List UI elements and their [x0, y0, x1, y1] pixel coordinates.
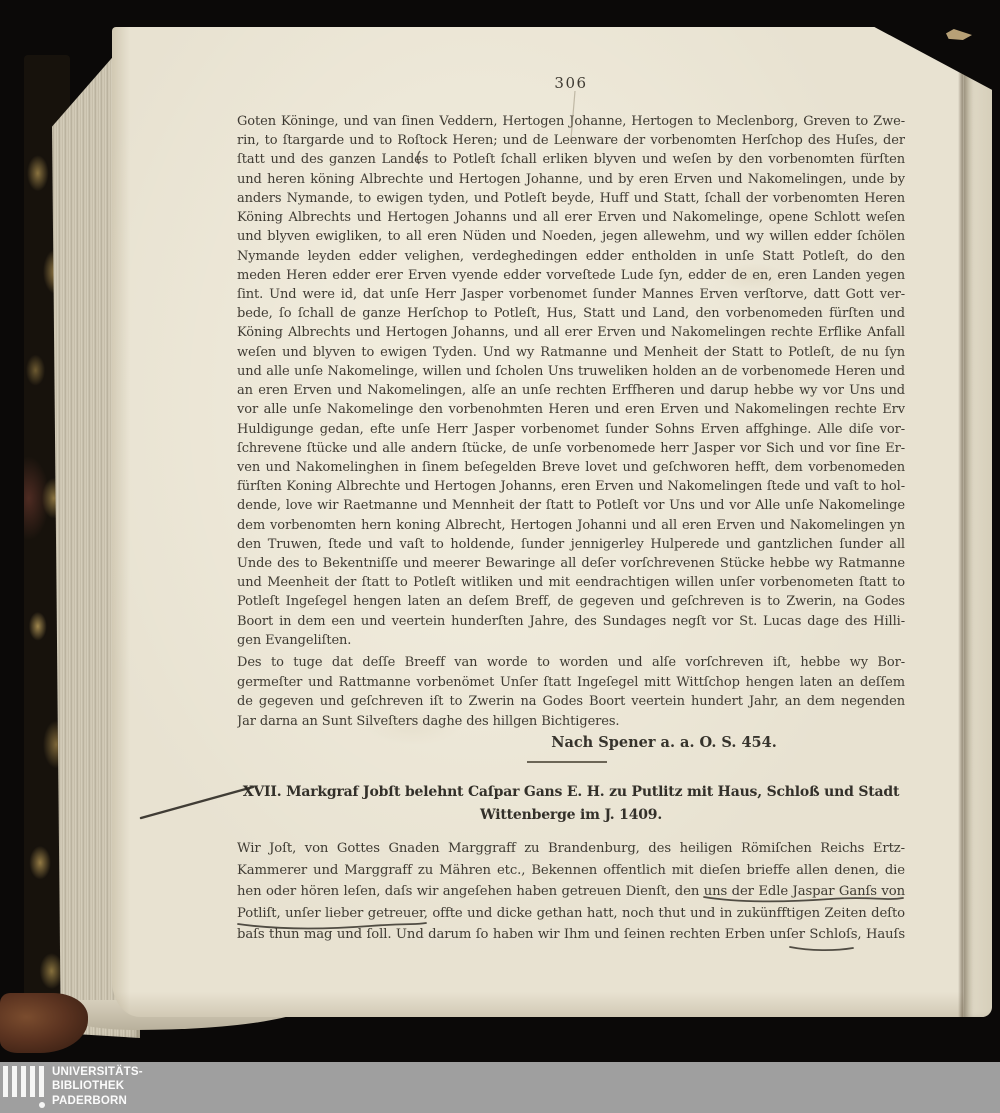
library-name: UNIVERSITÄTS-BIBLIOTHEKPADERBORN	[52, 1065, 143, 1108]
logo-bars-icon	[3, 1066, 44, 1097]
section-heading-line2: Wittenberge im J. 1409.	[237, 804, 905, 827]
library-watermark-band: UNIVERSITÄTS-BIBLIOTHEKPADERBORN	[0, 1062, 1000, 1113]
text-line: weſen und blyven to ewigen Tyden. Und wy…	[237, 343, 905, 362]
text-line: fürſten Koning Albrechte und Hertogen Jo…	[237, 477, 905, 496]
text-line: dende, love wir Raetmanne und Mennheit d…	[237, 496, 905, 515]
book-page: 306 Goten Köninge, und van ſinen Veddern…	[112, 27, 992, 1017]
book-scan-photo: 306 Goten Köninge, und van ſinen Veddern…	[0, 0, 1000, 1113]
source-reference: Nach Spener a. a. O. S. 454.	[494, 734, 834, 751]
text-line: und alle unſe Nakomelinge, willen und ſc…	[237, 362, 905, 381]
text-line: Wir Joſt, von Gottes Gnaden Marggraff zu…	[237, 838, 905, 860]
section-heading-line1: XVII. Markgraf Jobſt belehnt Caſpar Gans…	[237, 781, 905, 804]
text-line: gen Evangeliſten.	[237, 631, 905, 650]
text-line: baſs thun mag und ſoll. Und darum ſo hab…	[237, 924, 905, 946]
library-name-line: PADERBORN	[52, 1094, 143, 1108]
ub-paderborn-logo-icon	[3, 1066, 49, 1110]
text-line: Jar darna an Sunt Silveſters daghe des h…	[237, 712, 905, 732]
text-line: de gegeven und geſchreven iſt to Zwerin …	[237, 692, 905, 712]
paragraph-low-german-charter: Goten Köninge, und van ſinen Veddern, He…	[237, 112, 905, 650]
text-line: hen oder hören leſen, daſs wir angeſehen…	[237, 881, 905, 903]
text-line: anders Nymande, to ewigen tyden, und Pot…	[237, 189, 905, 208]
page-number: 306	[237, 74, 905, 92]
text-line: Unde des to Bekentniſſe und meerer Bewar…	[237, 554, 905, 573]
text-line: Huldigunge gedan, efte unſe Herr Jasper …	[237, 420, 905, 439]
text-line: Köning Albrechts und Hertogen Johanns un…	[237, 208, 905, 227]
text-line: vor alle unſe Nakomelinge den vorbenohmt…	[237, 400, 905, 419]
text-line: rin, to ſtargarde und to Roſtock Heren; …	[237, 131, 905, 150]
facing-page-sliver	[964, 27, 992, 1017]
text-line: Goten Köninge, und van ſinen Veddern, He…	[237, 112, 905, 131]
text-line: an eren Erven und Nakomelingen, alſe an …	[237, 381, 905, 400]
paragraph-closing-formula: Des to tuge dat deſſe Breeff van worde t…	[237, 653, 905, 731]
text-line: den Truwen, ſtede und vaſt to holdende, …	[237, 535, 905, 554]
text-line: meden Heren edder erer Erven vyende edde…	[237, 266, 905, 285]
library-name-line: UNIVERSITÄTS-	[52, 1065, 143, 1079]
paragraph-lehnsbrief-1409: Wir Joſt, von Gottes Gnaden Marggraff zu…	[237, 838, 905, 946]
text-line: Nymande leyden edder velighen, verdeghed…	[237, 247, 905, 266]
text-line: germeſter und Rattmanne vorbenömet Unſer…	[237, 673, 905, 693]
section-heading: XVII. Markgraf Jobſt belehnt Caſpar Gans…	[237, 781, 905, 827]
section-divider-rule	[527, 761, 607, 763]
text-line: ſint. Und were id, dat unſe Herr Jasper …	[237, 285, 905, 304]
text-line: Boort in dem een und veertein hunderſten…	[237, 612, 905, 631]
logo-dot-icon	[39, 1102, 45, 1108]
text-line: dem vorbenomten hern koning Albrecht, He…	[237, 516, 905, 535]
text-line: Des to tuge dat deſſe Breeff van worde t…	[237, 653, 905, 673]
text-line: Potleſt Ingeſegel hengen laten an deſem …	[237, 592, 905, 611]
text-line: und Meenheit der ſtatt to Potleſt witlik…	[237, 573, 905, 592]
library-name-line: BIBLIOTHEK	[52, 1079, 143, 1093]
text-line: und heren köning Albrechte und Hertogen …	[237, 170, 905, 189]
text-line: Potliſt, unſer lieber getreuer, offte un…	[237, 903, 905, 925]
text-line: und blyven ewigliken, to all eren Nüden …	[237, 227, 905, 246]
text-line: ven und Nakomelinghen in ſinem beſegelde…	[237, 458, 905, 477]
leather-spine-bottom	[0, 993, 88, 1053]
text-line: bede, ſo ſchall de ganze Herſchop to Pot…	[237, 304, 905, 323]
text-line: Kammerer und Marggraff zu Mähren etc., B…	[237, 860, 905, 882]
text-line: ſchrevene ſtücke und alle andern ſtücke,…	[237, 439, 905, 458]
text-line: Köning Albrechts und Hertogen Johanns, u…	[237, 323, 905, 342]
text-line: ſtatt und des ganzen Landes to Potleſt ſ…	[237, 150, 905, 169]
